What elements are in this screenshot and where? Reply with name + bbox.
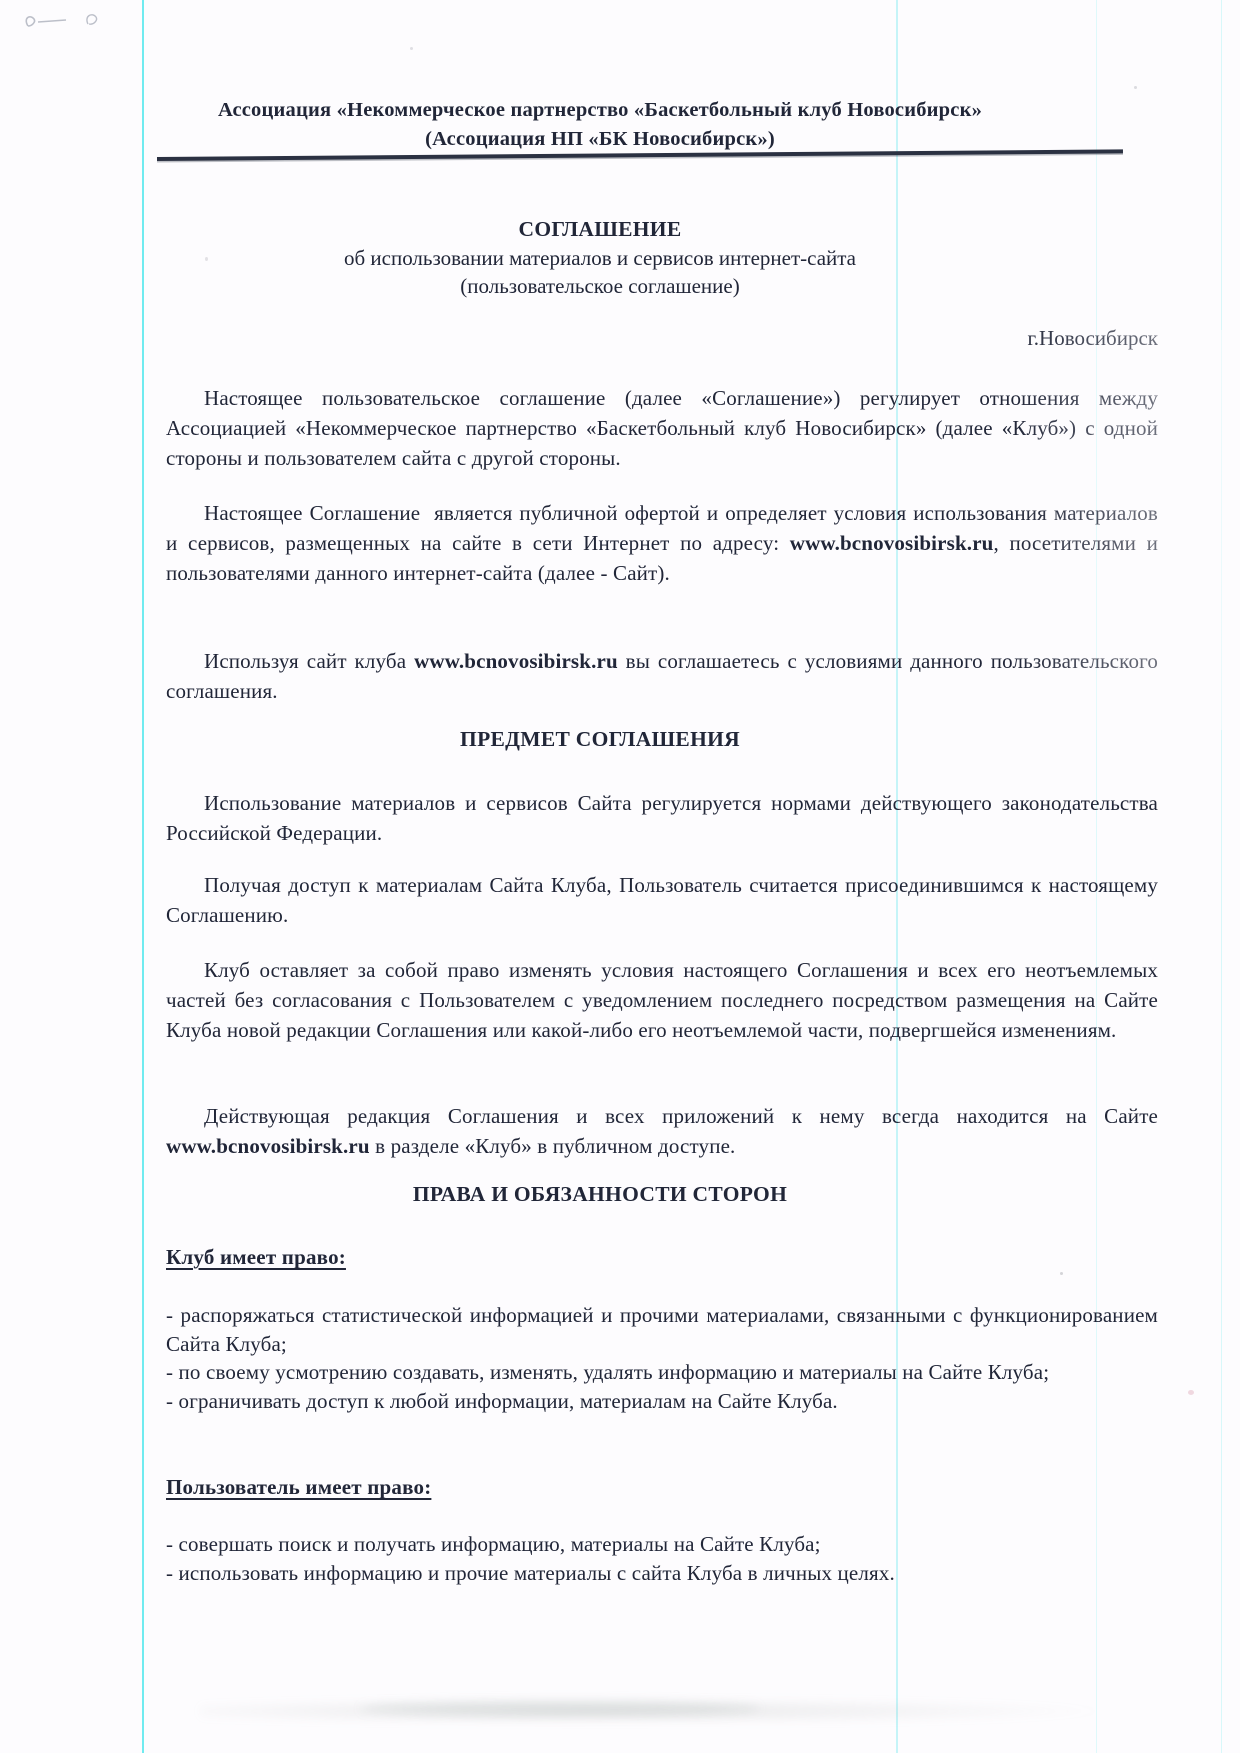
pencil-mark <box>14 6 110 42</box>
scan-speck <box>1188 1390 1194 1395</box>
scan-speck <box>1060 1272 1063 1275</box>
paragraph-intro-1: Настоящее пользовательское соглашение (д… <box>166 383 1158 473</box>
section-heading-rights: ПРАВА И ОБЯЗАННОСТИ СТОРОН <box>168 1182 1032 1207</box>
list-item: - совершать поиск и получать информацию,… <box>166 1530 1158 1559</box>
scanned-agreement-page: Ассоциация «Некоммерческое партнерство «… <box>0 0 1240 1753</box>
subheading-club-rights: Клуб имеет право: <box>166 1245 1158 1270</box>
paragraph-subject-4: Действующая редакция Соглашения и всех п… <box>166 1101 1158 1161</box>
list-item: - ограничивать доступ к любой информации… <box>166 1387 1158 1416</box>
user-rights-list: - совершать поиск и получать информацию,… <box>166 1530 1158 1587</box>
org-header: Ассоциация «Некоммерческое партнерство «… <box>168 96 1032 154</box>
scan-speck <box>410 47 413 50</box>
subheading-user-rights: Пользователь имеет право: <box>166 1475 1158 1500</box>
paragraph-intro-2: Настоящее Соглашение является публичной … <box>166 498 1158 588</box>
list-item: - распоряжаться статистической информаци… <box>166 1301 1158 1358</box>
document-subtitle-2: (пользовательское соглашение) <box>168 272 1032 300</box>
scan-smudge <box>200 1698 1100 1722</box>
paragraph-subject-4-text: Действующая редакция Соглашения и всех п… <box>204 1104 1158 1128</box>
scan-smudge <box>360 1701 760 1716</box>
document-subtitle-1: об использовании материалов и сервисов и… <box>168 244 1032 272</box>
paragraph-subject-3: Клуб оставляет за собой право изменять у… <box>166 955 1158 1045</box>
club-rights-list: - распоряжаться статистической информаци… <box>166 1301 1158 1415</box>
site-url: www.bcnovosibirsk.ru <box>166 1134 370 1158</box>
paragraph-intro-3: Используя сайт клуба www.bcnovosibirsk.r… <box>166 646 1158 706</box>
list-item: - по своему усмотрению создавать, изменя… <box>166 1358 1158 1387</box>
paragraph-subject-1: Использование материалов и сервисов Сайт… <box>166 788 1158 848</box>
title-block: СОГЛАШЕНИЕ об использовании материалов и… <box>168 215 1032 300</box>
paragraph-subject-4-tail: в разделе «Клуб» в публичном доступе. <box>370 1134 736 1158</box>
scan-streak-left <box>142 0 144 1753</box>
paragraph-intro-3-text: Используя сайт клуба <box>204 649 414 673</box>
scan-speck <box>1134 86 1137 89</box>
org-header-line2: (Ассоциация НП «БК Новосибирск») <box>168 125 1032 154</box>
scan-streak-right-edge <box>1221 0 1222 1753</box>
org-header-line1: Ассоциация «Некоммерческое партнерство «… <box>168 96 1032 125</box>
section-heading-subject: ПРЕДМЕТ СОГЛАШЕНИЯ <box>168 727 1032 752</box>
site-url: www.bcnovosibirsk.ru <box>414 649 618 673</box>
paragraph-subject-2: Получая доступ к материалам Сайта Клуба,… <box>166 870 1158 930</box>
document-title: СОГЛАШЕНИЕ <box>168 215 1032 244</box>
city-line: г.Новосибирск <box>166 326 1158 351</box>
list-item: - использовать информацию и прочие матер… <box>166 1559 1158 1588</box>
site-url: www.bcnovosibirsk.ru <box>790 531 994 555</box>
